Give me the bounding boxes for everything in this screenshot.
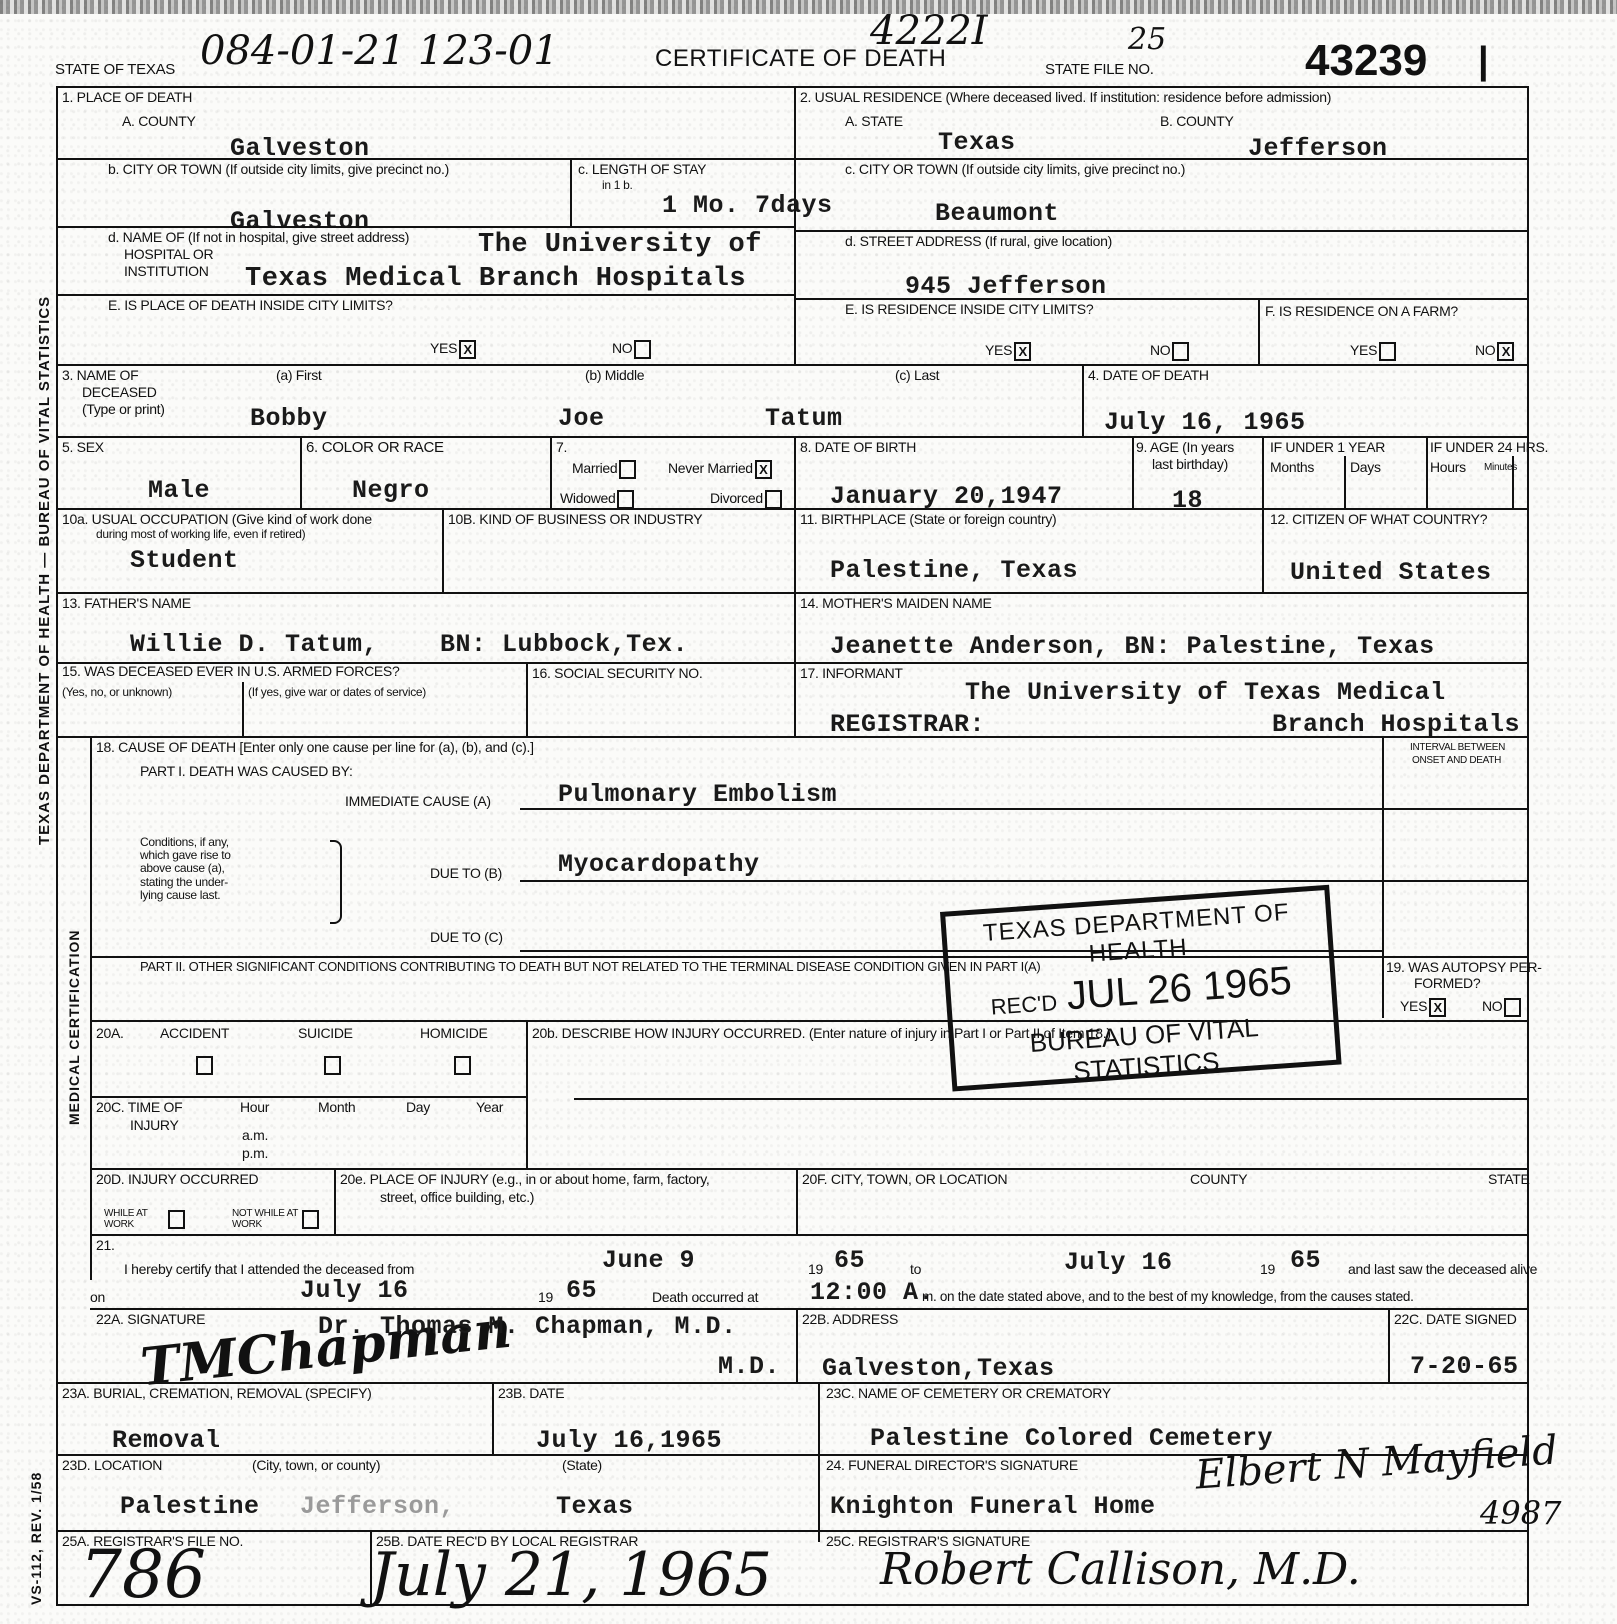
rule	[56, 1382, 1529, 1384]
funeral-director-number: 4987	[1480, 1494, 1561, 1532]
age-value: 18	[1172, 486, 1203, 515]
from-year-prefix: 19	[808, 1262, 823, 1277]
minutes-label: Minutes	[1484, 462, 1517, 473]
while-at-work-option[interactable]: WHILE AT WORK	[104, 1208, 164, 1230]
cause-of-death-label: 18. CAUSE OF DEATH [Enter only one cause…	[96, 740, 534, 755]
farm-label: f. IS RESIDENCE ON A FARM?	[1265, 304, 1458, 319]
occupation-label: 10a. USUAL OCCUPATION (Give kind of work…	[62, 512, 372, 527]
attended-from-year: 65	[834, 1246, 865, 1275]
registrar-signature: Robert Callison, M.D.	[880, 1544, 1361, 1595]
conditions-note-line: above cause (a),	[140, 862, 280, 875]
residence-inside-yes-option[interactable]: YESX	[985, 342, 1031, 361]
rule	[90, 1168, 1527, 1170]
deceased-name-label-2: DECEASED	[82, 385, 157, 400]
attended-to-date: July 16	[1064, 1248, 1173, 1277]
injury-occurred-label: 20d. INJURY OCCURRED	[96, 1172, 258, 1187]
date-of-death-value: July 16, 1965	[1104, 408, 1306, 437]
rule	[574, 1098, 1527, 1100]
last-name-value: Tatum	[765, 404, 843, 433]
informant-line1: The University of Texas Medical	[965, 678, 1446, 707]
certification-number: 21.	[96, 1238, 115, 1253]
last-seen-year: 65	[566, 1276, 597, 1305]
residence-city-label: c. CITY OR TOWN (If outside city limits,…	[845, 162, 1185, 177]
rule	[794, 298, 1527, 300]
deceased-name-label-3: (Type or print)	[82, 402, 165, 417]
residence-city-value: Beaumont	[935, 199, 1059, 228]
form-number-label: VS-112, REV. 1/58	[28, 1472, 44, 1605]
rule	[334, 1168, 336, 1234]
rule	[56, 736, 1529, 738]
city-label: b. CITY OR TOWN (If outside city limits,…	[108, 162, 449, 177]
ssn-label: 16. SOCIAL SECURITY NO.	[532, 666, 703, 681]
autopsy-no-option[interactable]: NO	[1482, 998, 1521, 1017]
armed-forces-sublabel-1: (Yes, no, or unknown)	[62, 686, 172, 699]
location-label: 23d. LOCATION	[62, 1458, 162, 1473]
rule	[1382, 736, 1384, 956]
address-label: 22b. ADDRESS	[802, 1312, 898, 1327]
rule	[1382, 956, 1384, 1018]
immediate-cause-label: IMMEDIATE CAUSE (a)	[345, 794, 491, 809]
attended-to-year: 65	[1290, 1246, 1321, 1275]
yes-label: YES	[1350, 342, 1377, 358]
suicide-label: SUICIDE	[298, 1026, 353, 1041]
rule	[56, 508, 1529, 510]
to-label: to	[910, 1262, 921, 1277]
rule	[1258, 298, 1260, 364]
business-label: 10b. KIND OF BUSINESS OR INDUSTRY	[448, 512, 702, 527]
disposition-value: Removal	[112, 1426, 221, 1455]
checkbox-unchecked[interactable]	[1379, 342, 1396, 361]
rule	[520, 808, 1527, 810]
state-label: STATE OF TEXAS	[55, 62, 175, 79]
suicide-checkbox[interactable]	[324, 1056, 341, 1075]
hospital-name-line1: The University of	[478, 230, 762, 260]
immediate-cause-value: Pulmonary Embolism	[558, 780, 837, 809]
to-year-prefix: 19	[1260, 1262, 1275, 1277]
frame-bottom	[56, 1604, 1529, 1606]
medical-section-border	[90, 736, 92, 1280]
year-label: Year	[476, 1100, 503, 1115]
md-suffix: M.D.	[718, 1352, 780, 1381]
rule	[1344, 456, 1346, 508]
rule	[242, 682, 244, 736]
homicide-checkbox[interactable]	[454, 1056, 471, 1075]
street-address-label: d. STREET ADDRESS (If rural, give locati…	[845, 234, 1112, 249]
frame-top-left	[56, 86, 796, 88]
attended-from-date: June 9	[602, 1246, 695, 1275]
place-inside-yes-option[interactable]: YESX	[430, 340, 476, 359]
hour-label: Hour	[240, 1100, 269, 1115]
first-name-value: Bobby	[250, 404, 328, 433]
yes-label: YES	[430, 340, 457, 356]
signature-label: 22a. SIGNATURE	[96, 1312, 205, 1327]
accident-checkbox[interactable]	[196, 1056, 213, 1075]
residence-county-label: b. COUNTY	[1160, 114, 1234, 129]
rule	[1388, 1308, 1390, 1382]
injury-state-label: STATE	[1488, 1172, 1530, 1187]
rule	[1262, 508, 1264, 592]
rule	[56, 436, 1529, 438]
first-name-label: (a) First	[276, 368, 322, 383]
rule	[90, 1234, 1527, 1236]
married-label: Married	[572, 460, 617, 476]
rule	[56, 294, 794, 296]
rule	[300, 436, 302, 508]
time-of-injury-label: 20c. TIME OF	[96, 1100, 182, 1115]
am-label: a.m.	[242, 1128, 268, 1143]
rule	[56, 364, 1529, 366]
marital-status-label: 7.	[556, 440, 567, 455]
last-name-label: (c) Last	[895, 368, 939, 383]
checkbox-unchecked[interactable]	[1504, 998, 1521, 1017]
hours-label: Hours	[1430, 460, 1466, 475]
farm-no-option[interactable]: NOX	[1475, 342, 1514, 361]
sex-value: Male	[148, 476, 210, 505]
residence-state-label: a. STATE	[845, 114, 903, 129]
months-label: Months	[1270, 460, 1314, 475]
injury-county-label: COUNTY	[1190, 1172, 1247, 1187]
inside-city-limits-label: e. IS PLACE OF DEATH INSIDE CITY LIMITS?	[108, 298, 393, 313]
under-one-year-label: IF UNDER 1 YEAR	[1270, 440, 1385, 455]
interval-label: INTERVAL BETWEEN	[1410, 742, 1505, 753]
no-label: NO	[612, 340, 632, 356]
conditions-note-line: lying cause last.	[140, 889, 280, 902]
days-label: Days	[1350, 460, 1381, 475]
race-label: 6. COLOR OR RACE	[306, 440, 444, 457]
physician-name-typed: Dr. Thomas M. Chapman, M.D.	[318, 1312, 737, 1341]
place-of-injury-label: 20e. PLACE OF INJURY (e.g., in or about …	[340, 1172, 710, 1187]
frame-top-right	[796, 86, 1527, 88]
checkbox-checked[interactable]: X	[1429, 998, 1446, 1017]
yes-label: YES	[985, 342, 1012, 358]
while-at-work-label: WHILE AT WORK	[104, 1208, 147, 1230]
hospital-label-2: HOSPITAL OR	[124, 247, 213, 262]
checkbox-checked[interactable]: X	[755, 460, 772, 479]
checkbox-unchecked[interactable]	[1172, 342, 1189, 361]
age-label: 9. AGE (In years	[1136, 440, 1234, 455]
part1-label: PART I. DEATH WAS CAUSED BY:	[140, 764, 353, 779]
citizen-value: United States	[1290, 558, 1492, 587]
death-certificate-page: STATE OF TEXAS 084-01-21 123-01 CERTIFIC…	[0, 0, 1617, 1624]
due-to-b-value: Myocardopathy	[558, 850, 760, 879]
not-while-at-work-option[interactable]: NOT WHILE AT WORK	[232, 1208, 298, 1230]
due-to-b-label: DUE TO (b)	[430, 866, 502, 881]
father-name-value: Willie D. Tatum, BN: Lubbock,Tex.	[130, 630, 688, 659]
age-label-2: last birthday)	[1152, 457, 1228, 472]
physician-address: Galveston,Texas	[822, 1354, 1055, 1383]
divider-place-residence	[794, 86, 796, 364]
length-of-stay-value: 1 Mo. 7days	[662, 191, 833, 220]
rule	[796, 1168, 798, 1234]
registrar-file-number: 786	[80, 1536, 206, 1613]
place-inside-no-option[interactable]: NO	[612, 340, 651, 359]
checkbox-checked[interactable]: X	[1014, 342, 1031, 361]
handwritten-file-prefix: 25	[1128, 22, 1166, 57]
informant-line2: Branch Hospitals	[1272, 710, 1520, 739]
rule	[520, 880, 1527, 882]
location-state-sublabel: (State)	[562, 1458, 602, 1473]
location-city-value: Palestine	[120, 1492, 260, 1521]
rule	[794, 158, 1527, 160]
length-of-stay-label: c. LENGTH OF STAY	[578, 162, 706, 177]
location-city-sublabel: (City, town, or county)	[252, 1458, 380, 1473]
rule	[1082, 364, 1084, 436]
stamp-recd: REC'D	[990, 990, 1058, 1020]
mother-name-value: Jeanette Anderson, BN: Palestine, Texas	[830, 632, 1435, 661]
no-label: NO	[1482, 998, 1502, 1014]
married-option[interactable]: Married	[572, 460, 636, 479]
birthplace-value: Palestine, Texas	[830, 556, 1078, 585]
date-of-birth-value: January 20,1947	[830, 482, 1063, 511]
rule	[818, 1382, 820, 1542]
rule	[796, 1308, 798, 1382]
citizen-label: 12. CITIZEN OF WHAT COUNTRY?	[1270, 512, 1487, 527]
handwritten-certificate-number: 084-01-21 123-01	[200, 28, 559, 74]
autopsy-label: 19. WAS AUTOPSY PER-	[1386, 960, 1542, 975]
informant-label: 17. INFORMANT	[800, 666, 903, 681]
under-24-hours-label: IF UNDER 24 HRS.	[1430, 440, 1548, 455]
disposition-label: 23a. BURIAL, CREMATION, REMOVAL (Specify…	[62, 1386, 372, 1401]
part2-label: PART II. OTHER SIGNIFICANT CONDITIONS CO…	[140, 960, 1040, 974]
rule	[1426, 436, 1428, 508]
not-while-at-work-checkbox[interactable]	[302, 1210, 319, 1229]
autopsy-yes-option[interactable]: YESX	[1400, 998, 1446, 1017]
armed-forces-sublabel-2: (If yes, give war or dates of service)	[248, 686, 426, 699]
rule	[56, 1530, 1529, 1532]
residence-label: 2. USUAL RESIDENCE (Where deceased lived…	[800, 90, 1331, 105]
occupation-label-2: during most of working life, even if ret…	[96, 528, 305, 541]
pm-label: p.m.	[242, 1146, 268, 1161]
death-time-value: 12:00 A.	[810, 1278, 934, 1307]
date-of-birth-label: 8. DATE OF BIRTH	[800, 440, 916, 455]
rule	[90, 1308, 1527, 1310]
cemetery-value: Palestine Colored Cemetery	[870, 1424, 1273, 1453]
widowed-label: Widowed	[560, 490, 615, 506]
not-while-at-work-label: NOT WHILE AT WORK	[232, 1208, 298, 1230]
race-value: Negro	[352, 476, 430, 505]
rule	[90, 1096, 526, 1098]
rule	[570, 158, 572, 226]
department-side-label: TEXAS DEPARTMENT OF HEALTH — BUREAU OF V…	[36, 296, 53, 845]
injury-type-label: 20a.	[96, 1026, 124, 1041]
registrar-date-value: July 21, 1965	[370, 1540, 772, 1610]
checkbox-checked[interactable]: X	[1497, 342, 1514, 361]
never-married-option[interactable]: Never MarriedX	[668, 460, 772, 479]
date-signed-value: 7-20-65	[1410, 1352, 1519, 1381]
rule	[1132, 436, 1134, 508]
funeral-home-value: Knighton Funeral Home	[830, 1492, 1156, 1521]
mother-name-label: 14. MOTHER'S MAIDEN NAME	[800, 596, 992, 611]
frame-left	[56, 86, 58, 1606]
state-file-mark: |	[1478, 40, 1489, 83]
place-of-injury-label-2: street, office building, etc.)	[380, 1190, 534, 1205]
informant-registrar-prefix: REGISTRAR:	[830, 710, 985, 739]
last-seen-year-prefix: 19	[538, 1290, 553, 1305]
rule	[550, 436, 552, 508]
father-name-label: 13. FATHER'S NAME	[62, 596, 191, 611]
last-seen-date: July 16	[300, 1276, 409, 1305]
county-label: a. COUNTY	[122, 114, 196, 129]
divorced-option[interactable]: Divorced	[710, 490, 782, 509]
accident-label: ACCIDENT	[160, 1026, 229, 1041]
rule	[442, 508, 444, 592]
received-stamp: TEXAS DEPARTMENT OF HEALTH REC'DJUL 26 1…	[940, 885, 1342, 1092]
residence-state-value: Texas	[938, 128, 1016, 157]
injury-city-label: 20f. CITY, TOWN, OR LOCATION	[802, 1172, 1007, 1187]
hospital-label: d. NAME OF (If not in hospital, give str…	[108, 230, 409, 245]
conditions-note-line: stating the under-	[140, 876, 280, 889]
no-label: NO	[1475, 342, 1495, 358]
street-address-value: 945 Jefferson	[905, 272, 1107, 301]
yes-label: YES	[1400, 998, 1427, 1014]
rule	[526, 1020, 528, 1170]
residence-inside-limits-label: e. IS RESIDENCE INSIDE CITY LIMITS?	[845, 302, 1093, 317]
farm-yes-option[interactable]: YES	[1350, 342, 1396, 361]
date-of-death-label: 4. DATE OF DEATH	[1088, 368, 1209, 383]
state-file-no-label: STATE FILE NO.	[1045, 62, 1154, 79]
rule	[526, 662, 528, 736]
certification-text-3: m. on the date stated above, and to the …	[922, 1290, 1414, 1305]
widowed-option[interactable]: Widowed	[560, 490, 634, 509]
cemetery-label: 23c. NAME OF CEMETERY OR CREMATORY	[826, 1386, 1111, 1401]
checkbox-unchecked[interactable]	[634, 340, 651, 359]
hospital-name-line2: Texas Medical Branch Hospitals	[245, 264, 746, 294]
frame-right	[1527, 86, 1529, 1606]
autopsy-label-2: FORMED?	[1414, 976, 1480, 991]
while-at-work-checkbox[interactable]	[168, 1210, 185, 1229]
disposition-date-value: July 16,1965	[536, 1426, 722, 1455]
interval-label-2: ONSET AND DEATH	[1412, 755, 1501, 766]
armed-forces-label: 15. WAS DECEASED EVER IN U.S. ARMED FORC…	[62, 664, 399, 679]
time-of-injury-label-2: INJURY	[130, 1118, 179, 1133]
on-label: on	[90, 1290, 105, 1305]
rule	[56, 226, 794, 228]
day-label: Day	[406, 1100, 430, 1115]
disposition-date-label: 23b. DATE	[498, 1386, 564, 1401]
residence-inside-no-option[interactable]: NO	[1150, 342, 1189, 361]
occupation-value: Student	[130, 546, 239, 575]
birthplace-label: 11. BIRTHPLACE (State or foreign country…	[800, 512, 1056, 527]
never-married-label: Never Married	[668, 460, 753, 476]
handwritten-title-note: 4222I	[870, 8, 988, 54]
rule	[794, 230, 1527, 232]
hospital-label-3: INSTITUTION	[124, 264, 209, 279]
medical-certification-side-label: MEDICAL CERTIFICATION	[66, 930, 82, 1125]
checkbox-checked[interactable]: X	[459, 340, 476, 359]
location-state-value: Texas	[556, 1492, 634, 1521]
middle-name-label: (b) Middle	[585, 368, 644, 383]
checkbox-unchecked[interactable]	[765, 490, 782, 509]
certification-text-2: and last saw the deceased alive	[1348, 1262, 1537, 1277]
scan-edge-strip	[0, 0, 1617, 14]
rule	[492, 1382, 494, 1454]
rule	[56, 592, 1529, 594]
homicide-label: HOMICIDE	[420, 1026, 488, 1041]
place-of-death-label: 1. PLACE OF DEATH	[62, 90, 192, 105]
deceased-name-label: 3. NAME OF	[62, 368, 138, 383]
conditions-note: Conditions, if any, which gave rise to a…	[140, 836, 280, 902]
month-label: Month	[318, 1100, 355, 1115]
bracket	[330, 840, 342, 924]
rule	[794, 436, 796, 736]
checkbox-unchecked[interactable]	[619, 460, 636, 479]
no-label: NO	[1150, 342, 1170, 358]
rule	[1262, 436, 1264, 508]
location-struck-text: Jefferson,	[300, 1492, 455, 1521]
divorced-label: Divorced	[710, 490, 763, 506]
state-file-number: 43239	[1305, 36, 1427, 86]
length-of-stay-sublabel: in 1 b.	[602, 179, 633, 192]
middle-name-value: Joe	[558, 404, 605, 433]
due-to-c-label: DUE TO (c)	[430, 930, 503, 945]
rule	[56, 158, 794, 160]
funeral-director-label: 24. FUNERAL DIRECTOR'S SIGNATURE	[826, 1458, 1078, 1473]
sex-label: 5. SEX	[62, 440, 104, 455]
checkbox-unchecked[interactable]	[617, 490, 634, 509]
death-occurred-label: Death occurred at	[652, 1290, 758, 1305]
date-signed-label: 22c. DATE SIGNED	[1394, 1312, 1517, 1327]
